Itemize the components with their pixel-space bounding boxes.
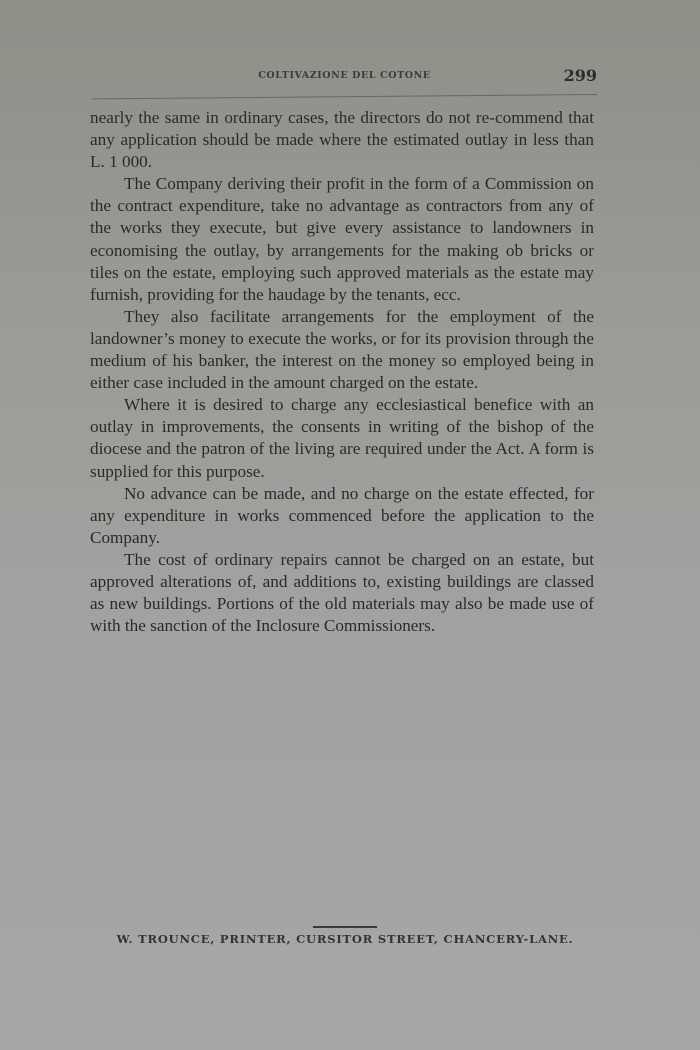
- footer-rule: [313, 926, 377, 928]
- page-number: 299: [564, 66, 597, 85]
- running-title: COLTIVAZIONE DEL COTONE: [92, 70, 597, 81]
- header-rule: [92, 94, 597, 99]
- paragraph-3: They also facilitate arrangements for th…: [90, 306, 594, 394]
- paragraph-4: Where it is desired to charge any eccles…: [90, 394, 594, 482]
- body-text: nearly the same in ordinary cases, the d…: [90, 107, 594, 637]
- paragraph-1: nearly the same in ordinary cases, the d…: [90, 107, 594, 173]
- document-page: COLTIVAZIONE DEL COTONE 299 nearly the s…: [0, 0, 700, 1050]
- paragraph-2: The Company deriving their profit in the…: [90, 173, 594, 306]
- printer-imprint: W. TROUNCE, PRINTER, CURSITOR STREET, CH…: [100, 932, 590, 946]
- running-head: COLTIVAZIONE DEL COTONE 299: [92, 66, 597, 90]
- paragraph-5: No advance can be made, and no charge on…: [90, 483, 594, 549]
- paragraph-6: The cost of ordinary repairs cannot be c…: [90, 549, 594, 637]
